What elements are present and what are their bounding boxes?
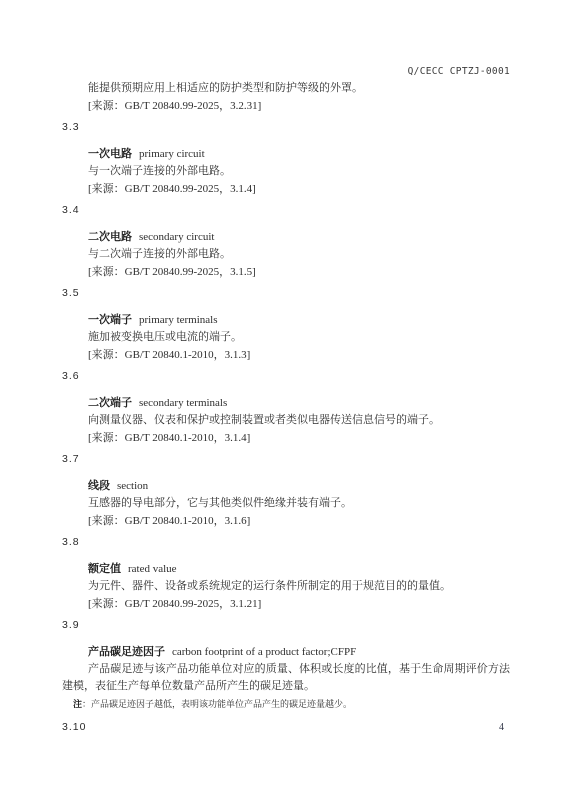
clause-number: 3.7 xyxy=(62,451,510,469)
clause-3-4: 3.4 二次电路secondary circuit 与二次端子连接的外部电路。 … xyxy=(62,202,510,281)
term-line: 线段section xyxy=(62,478,510,496)
term-zh: 一次端子 xyxy=(88,314,132,326)
continued-definition: 能提供预期应用上相适应的防护类型和防护等级的外罩。 xyxy=(62,80,510,98)
term-en: primary circuit xyxy=(139,148,205,160)
source-ref: [来源：GB/T 20840.1-2010，3.1.4] xyxy=(62,430,510,448)
definition-text: 与二次端子连接的外部电路。 xyxy=(62,246,510,264)
clause-3-9: 3.9 产品碳足迹因子carbon footprint of a product… xyxy=(62,617,510,713)
term-en: secondary terminals xyxy=(139,397,227,409)
term-en: section xyxy=(117,480,148,492)
source-ref: [来源：GB/T 20840.99-2025，3.1.21] xyxy=(62,596,510,614)
clause-number: 3.3 xyxy=(62,119,510,137)
document-page: Q/CECC CPTZJ-0001 能提供预期应用上相适应的防护类型和防护等级的… xyxy=(0,0,566,800)
term-line: 产品碳足迹因子carbon footprint of a product fac… xyxy=(62,644,510,662)
term-en: carbon footprint of a product factor;CFP… xyxy=(172,646,356,658)
definition-text: 与一次端子连接的外部电路。 xyxy=(62,163,510,181)
term-en: secondary circuit xyxy=(139,231,214,243)
term-zh: 二次电路 xyxy=(88,231,132,243)
doc-code: Q/CECC CPTZJ-0001 xyxy=(408,66,510,77)
definition-text: 互感器的导电部分，它与其他类似件绝缘并装有端子。 xyxy=(62,495,510,513)
continued-source-ref: [来源：GB/T 20840.99-2025，3.2.31] xyxy=(62,98,510,116)
note-label: 注 xyxy=(73,699,82,709)
term-zh: 额定值 xyxy=(88,563,121,575)
term-line: 额定值rated value xyxy=(62,561,510,579)
clause-number: 3.10 xyxy=(62,719,510,737)
term-line: 二次电路secondary circuit xyxy=(62,229,510,247)
note: 注：产品碳足迹因子越低，表明该功能单位产品产生的碳足迹量越少。 xyxy=(62,696,510,713)
term-en: primary terminals xyxy=(139,314,218,326)
source-ref: [来源：GB/T 20840.99-2025，3.1.5] xyxy=(62,264,510,282)
clause-3-3: 3.3 一次电路primary circuit 与一次端子连接的外部电路。 [来… xyxy=(62,119,510,198)
term-zh: 线段 xyxy=(88,480,110,492)
term-line: 二次端子secondary terminals xyxy=(62,395,510,413)
definition-text: 为元件、器件、设备或系统规定的运行条件所制定的用于规范目的的量值。 xyxy=(62,578,510,596)
definition-text: 向测量仪器、仪表和保护或控制装置或者类似电器传送信息信号的端子。 xyxy=(62,412,510,430)
term-line: 一次端子primary terminals xyxy=(62,312,510,330)
clause-number: 3.9 xyxy=(62,617,510,635)
clause-3-7: 3.7 线段section 互感器的导电部分，它与其他类似件绝缘并装有端子。 [… xyxy=(62,451,510,530)
term-en: rated value xyxy=(128,563,177,575)
clause-3-10: 3.10 xyxy=(62,719,510,737)
term-zh: 二次端子 xyxy=(88,397,132,409)
page-number: 4 xyxy=(499,722,504,733)
page-content: 能提供预期应用上相适应的防护类型和防护等级的外罩。 [来源：GB/T 20840… xyxy=(62,80,510,746)
clause-number: 3.4 xyxy=(62,202,510,220)
source-ref: [来源：GB/T 20840.99-2025，3.1.4] xyxy=(62,181,510,199)
source-ref: [来源：GB/T 20840.1-2010，3.1.3] xyxy=(62,347,510,365)
clause-3-5: 3.5 一次端子primary terminals 施加被变换电压或电流的端子。… xyxy=(62,285,510,364)
term-zh: 产品碳足迹因子 xyxy=(88,646,165,658)
clause-number: 3.8 xyxy=(62,534,510,552)
clause-3-6: 3.6 二次端子secondary terminals 向测量仪器、仪表和保护或… xyxy=(62,368,510,447)
term-line: 一次电路primary circuit xyxy=(62,146,510,164)
source-ref: [来源：GB/T 20840.1-2010，3.1.6] xyxy=(62,513,510,531)
clause-number: 3.5 xyxy=(62,285,510,303)
definition-text: 施加被变换电压或电流的端子。 xyxy=(62,329,510,347)
note-text: ：产品碳足迹因子越低，表明该功能单位产品产生的碳足迹量越少。 xyxy=(82,699,352,709)
clause-3-8: 3.8 额定值rated value 为元件、器件、设备或系统规定的运行条件所制… xyxy=(62,534,510,613)
clause-number: 3.6 xyxy=(62,368,510,386)
term-zh: 一次电路 xyxy=(88,148,132,160)
definition-text: 产品碳足迹与该产品功能单位对应的质量、体积或长度的比值，基于生命周期评价方法建模… xyxy=(62,661,510,695)
